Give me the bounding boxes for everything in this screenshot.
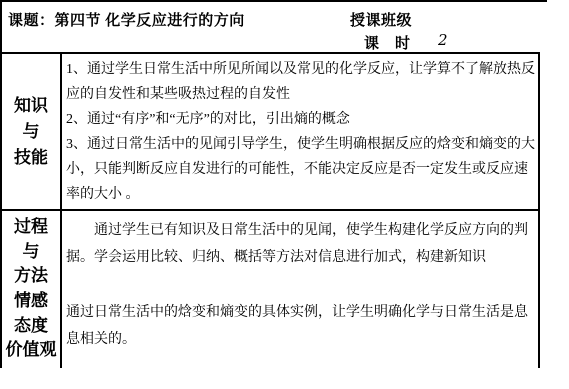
row-label-knowledge-skills: 知识 与 技能 — [2, 54, 60, 209]
row-label-line: 与 — [23, 119, 40, 145]
knowledge-skills-content: 1、通过学生日常生活中所见所闻以及常见的化学反应，让学算不了解放热反应的自发性和… — [66, 57, 538, 207]
row-label-line: 知识 — [14, 93, 48, 119]
objective-item-3: 3、通过日常生活中的见闻引导学生，使学生明确根据反应的焓变和熵变的大小，只能判断… — [66, 132, 538, 207]
row-label-line: 过程 — [14, 215, 48, 240]
row-label-process-methods-values: 过程 与 方法 情感 态度 价值观 — [2, 211, 60, 367]
class-period-label: 课 时 — [364, 32, 411, 53]
header-row-divider — [0, 52, 540, 54]
row-label-line: 与 — [23, 240, 40, 265]
objective-item-1: 1、通过学生日常生活中所见所闻以及常见的化学反应，让学算不了解放热反应的自发性和… — [66, 57, 538, 107]
lesson-plan-document: 课题：第四节 化学反应进行的方向 授课班级 课 时 2 知识 与 技能 1、通过… — [0, 0, 569, 389]
row-label-line: 技能 — [14, 145, 48, 171]
row-label-line: 方法 — [14, 264, 48, 289]
class-period-value: 2 — [438, 31, 448, 49]
table-border-top — [0, 0, 547, 2]
lesson-topic-title: 课题：第四节 化学反应进行的方向 — [8, 9, 245, 30]
process-methods-content: 通过学生已有知识及日常生活中的见闻，使学生构建化学反应方向的判据。学会运用比较、… — [66, 217, 538, 353]
row-label-line: 态度 — [14, 314, 48, 339]
objective-item-2: 2、通过“有序”和“无序”的对比，引出熵的概念 — [66, 107, 538, 132]
body-row-divider — [0, 209, 540, 211]
row-label-line: 价值观 — [6, 338, 57, 363]
row-label-line: 情感 — [14, 289, 48, 314]
process-content-paragraph-1: 通过学生已有知识及日常生活中的见闻，使学生构建化学反应方向的判据。学会运用比较、… — [66, 217, 538, 271]
teaching-class-label: 授课班级 — [350, 9, 412, 30]
process-content-paragraph-2: 通过日常生活中的焓变和熵变的具体实例，让学生明确化学与日常生活是息息相关的。 — [66, 299, 538, 353]
